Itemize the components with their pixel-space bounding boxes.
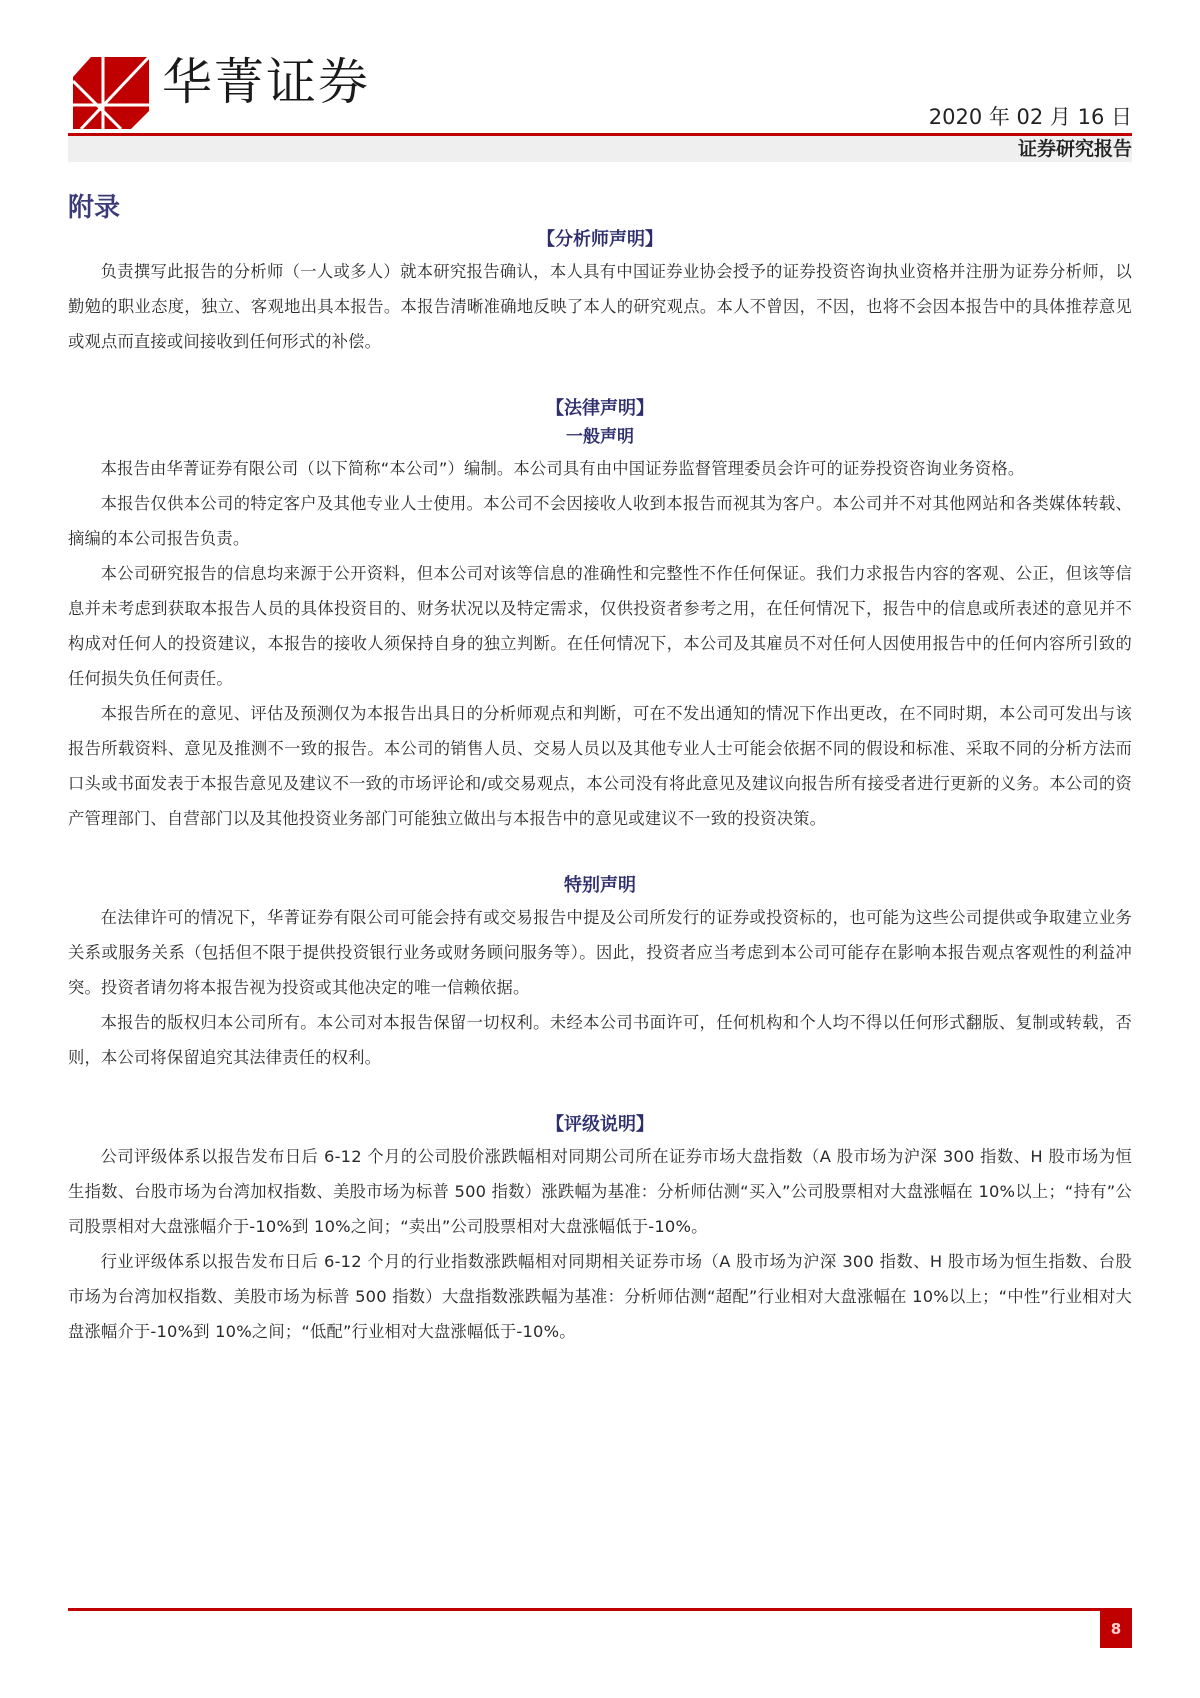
page-header: 华菁证券 2020 年 02 月 16 日 证券研究报告 [0, 0, 1200, 170]
section-title: 特别声明 [68, 872, 1132, 900]
paragraph: 本报告所在的意见、评估及预测仅为本报告出具日的分析师观点和判断，可在不发出通知的… [68, 696, 1132, 836]
section-subtitle: 一般声明 [68, 423, 1132, 451]
analyst-declaration-section: 【分析师声明】 负责撰写此报告的分析师（一人或多人）就本研究报告确认，本人具有中… [68, 226, 1132, 359]
appendix-title: 附录 [68, 190, 1132, 226]
paragraph: 负责撰写此报告的分析师（一人或多人）就本研究报告确认，本人具有中国证券业协会授予… [68, 254, 1132, 359]
paragraph: 公司评级体系以报告发布日后 6-12 个月的公司股价涨跌幅相对同期公司所在证券市… [68, 1139, 1132, 1244]
rating-explanation-section: 【评级说明】 公司评级体系以报告发布日后 6-12 个月的公司股价涨跌幅相对同期… [68, 1111, 1132, 1349]
report-type: 证券研究报告 [1018, 137, 1132, 161]
brand-logo-icon [73, 57, 149, 129]
section-title: 【法律声明】 [68, 395, 1132, 423]
header-band [68, 136, 1132, 162]
report-date: 2020 年 02 月 16 日 [929, 104, 1132, 130]
footer-divider [68, 1608, 1132, 1611]
paragraph: 本报告由华菁证券有限公司（以下简称“本公司”）编制。本公司具有由中国证券监督管理… [68, 451, 1132, 486]
paragraph: 本报告的版权归本公司所有。本公司对本报告保留一切权利。未经本公司书面许可，任何机… [68, 1005, 1132, 1075]
page-content: 附录 【分析师声明】 负责撰写此报告的分析师（一人或多人）就本研究报告确认，本人… [68, 190, 1132, 1349]
special-declaration-section: 特别声明 在法律许可的情况下，华菁证券有限公司可能会持有或交易报告中提及公司所发… [68, 872, 1132, 1075]
paragraph: 在法律许可的情况下，华菁证券有限公司可能会持有或交易报告中提及公司所发行的证券或… [68, 900, 1132, 1005]
brand-name: 华菁证券 [162, 52, 370, 112]
paragraph: 行业评级体系以报告发布日后 6-12 个月的行业指数涨跌幅相对同期相关证券市场（… [68, 1244, 1132, 1349]
page-number: 8 [1100, 1611, 1132, 1648]
legal-declaration-section: 【法律声明】 一般声明 本报告由华菁证券有限公司（以下简称“本公司”）编制。本公… [68, 395, 1132, 836]
paragraph: 本报告仅供本公司的特定客户及其他专业人士使用。本公司不会因接收人收到本报告而视其… [68, 486, 1132, 556]
paragraph: 本公司研究报告的信息均来源于公开资料，但本公司对该等信息的准确性和完整性不作任何… [68, 556, 1132, 696]
section-title: 【评级说明】 [68, 1111, 1132, 1139]
section-title: 【分析师声明】 [68, 226, 1132, 254]
